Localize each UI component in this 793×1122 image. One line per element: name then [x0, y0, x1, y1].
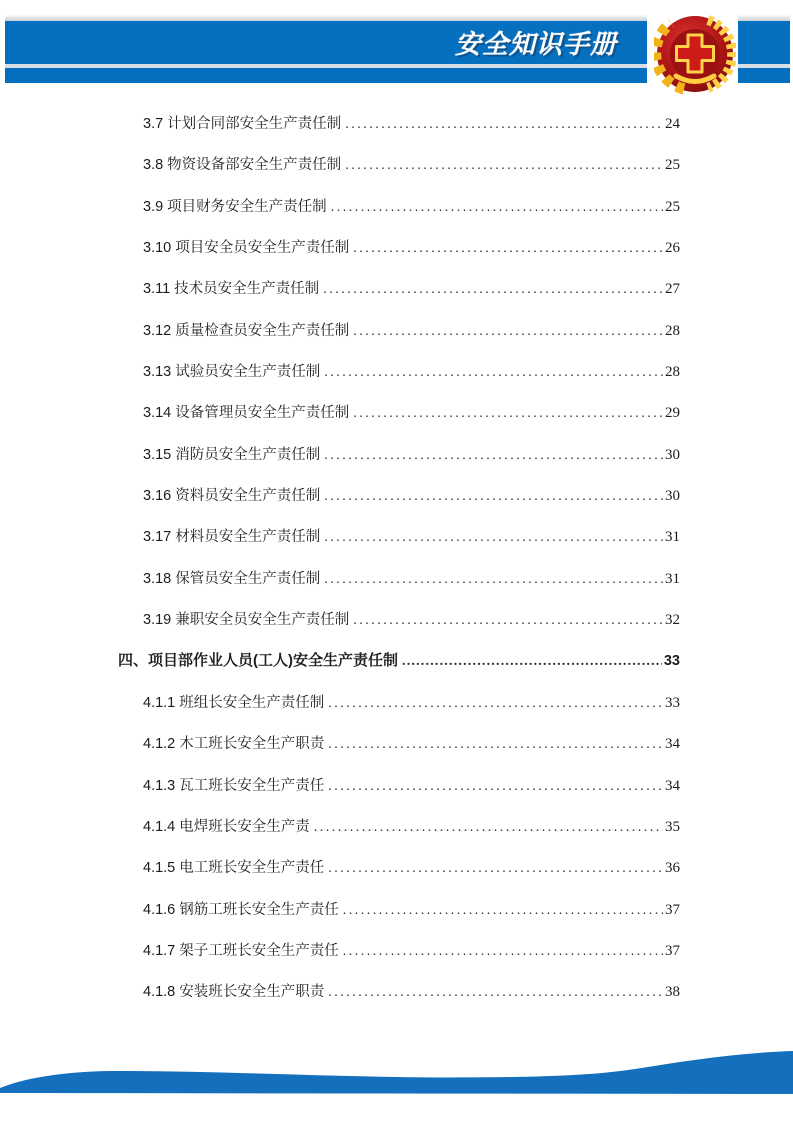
toc-page-number: 33 — [665, 695, 680, 712]
toc-entry: 3.17 材料员安全生产责任制.........................… — [118, 513, 680, 554]
toc-dot-leader: ........................................… — [324, 572, 663, 588]
toc-dot-leader: ........................................… — [353, 324, 663, 340]
toc-dot-leader: ........................................… — [353, 241, 663, 257]
toc-dot-leader: ........................................… — [353, 406, 663, 422]
toc-entry-label: 4.1.7 架子工班长安全生产责任 — [143, 939, 339, 960]
toc-page-number: 37 — [665, 902, 680, 919]
toc-page-number: 29 — [665, 405, 680, 422]
toc-entry: 3.8 物资设备部安全生产责任制........................… — [118, 141, 680, 182]
toc-dot-leader: ........................................… — [328, 861, 663, 877]
toc-page-number: 27 — [665, 281, 680, 298]
toc-entry: 4.1.5 电工班长安全生产责任........................… — [118, 844, 680, 885]
toc-page-number: 25 — [665, 199, 680, 216]
toc-entry-label: 3.17 材料员安全生产责任制 — [143, 525, 320, 546]
toc-dot-leader: ........................................… — [343, 903, 663, 919]
toc-entry-label: 3.19 兼职安全员安全生产责任制 — [143, 608, 349, 629]
toc-page-number: 36 — [665, 860, 680, 877]
toc-dot-leader: ........................................… — [324, 448, 663, 464]
toc-entry: 3.16 资料员安全生产责任制.........................… — [118, 472, 680, 513]
toc-page-number: 28 — [665, 323, 680, 340]
toc-page-number: 26 — [665, 240, 680, 257]
toc-entry-label: 3.12 质量检查员安全生产责任制 — [143, 319, 349, 340]
toc-dot-leader: ........................................… — [314, 820, 663, 836]
toc-entry-label: 3.13 试验员安全生产责任制 — [143, 360, 320, 381]
toc-entry: 3.18 保管员安全生产责任制.........................… — [118, 555, 680, 596]
toc-entry: 4.1.7 架子工班长安全生产责任.......................… — [118, 927, 680, 968]
toc-entry-label: 4.1.8 安装班长安全生产职责 — [143, 980, 324, 1001]
toc-page-number: 34 — [665, 778, 680, 795]
toc-entry-label: 3.7 计划合同部安全生产责任制 — [143, 112, 341, 133]
header-right-block — [738, 21, 790, 64]
toc-entry-label: 4.1.4 电焊班长安全生产责 — [143, 815, 310, 836]
toc-entry: 4.1.3 瓦工班长安全生产责任........................… — [118, 762, 680, 803]
toc-entry: 4.1.4 电焊班长安全生产责.........................… — [118, 803, 680, 844]
toc-entry-label: 3.16 资料员安全生产责任制 — [143, 484, 320, 505]
toc-entry-label: 4.1.3 瓦工班长安全生产责任 — [143, 774, 324, 795]
table-of-contents: 3.7 计划合同部安全生产责任制........................… — [118, 100, 680, 1010]
toc-dot-leader: ........................................… — [324, 530, 663, 546]
toc-page-number: 25 — [665, 157, 680, 174]
footer-wave — [0, 1050, 793, 1122]
header-right-thin-bar — [738, 68, 790, 83]
toc-entry: 3.19 兼职安全员安全生产责任制.......................… — [118, 596, 680, 637]
toc-page-number: 33 — [664, 653, 680, 669]
toc-dot-leader: ........................................… — [323, 282, 663, 298]
toc-dot-leader: ........................................… — [345, 117, 663, 133]
toc-entry: 3.12 质量检查员安全生产责任制.......................… — [118, 307, 680, 348]
toc-dot-leader: ........................................… — [324, 365, 663, 381]
toc-entry-label: 四、项目部作业人员(工人)安全生产责任制 — [118, 649, 398, 670]
toc-entry-label: 4.1.6 钢筋工班长安全生产责任 — [143, 898, 339, 919]
toc-dot-leader: ........................................… — [328, 696, 663, 712]
toc-entry: 3.7 计划合同部安全生产责任制........................… — [118, 100, 680, 141]
toc-entry: 3.11 技术员安全生产责任制.........................… — [118, 265, 680, 306]
toc-entry-label: 3.15 消防员安全生产责任制 — [143, 443, 320, 464]
toc-entry: 4.1.6 钢筋工班长安全生产责任.......................… — [118, 886, 680, 927]
toc-page-number: 30 — [665, 488, 680, 505]
toc-dot-leader: ........................................… — [328, 779, 663, 795]
toc-page-number: 31 — [665, 571, 680, 588]
toc-entry: 4.1.8 安装班长安全生产职责........................… — [118, 968, 680, 1009]
toc-dot-leader: ........................................… — [402, 654, 662, 670]
toc-section-heading: 四、项目部作业人员(工人)安全生产责任制....................… — [118, 637, 680, 678]
toc-entry-label: 3.11 技术员安全生产责任制 — [143, 277, 319, 298]
toc-dot-leader: ........................................… — [328, 737, 663, 753]
toc-entry: 3.10 项目安全员安全生产责任制.......................… — [118, 224, 680, 265]
toc-page-number: 31 — [665, 529, 680, 546]
document-page: 安全知识手册 3.7 计划合同部安全生产责任制.................… — [0, 0, 793, 1122]
header-thin-bar — [5, 68, 647, 83]
toc-entry-label: 3.10 项目安全员安全生产责任制 — [143, 236, 349, 257]
toc-page-number: 38 — [665, 984, 680, 1001]
toc-page-number: 34 — [665, 736, 680, 753]
toc-entry-label: 3.14 设备管理员安全生产责任制 — [143, 401, 349, 422]
safety-emblem-icon — [654, 12, 736, 96]
toc-entry: 3.14 设备管理员安全生产责任制.......................… — [118, 389, 680, 430]
toc-page-number: 32 — [665, 612, 680, 629]
toc-dot-leader: ........................................… — [343, 944, 663, 960]
toc-entry-label: 4.1.1 班组长安全生产责任制 — [143, 691, 324, 712]
toc-page-number: 37 — [665, 943, 680, 960]
toc-entry: 3.15 消防员安全生产责任制.........................… — [118, 431, 680, 472]
toc-dot-leader: ........................................… — [331, 200, 663, 216]
toc-page-number: 35 — [665, 819, 680, 836]
toc-entry-label: 3.18 保管员安全生产责任制 — [143, 567, 320, 588]
toc-page-number: 24 — [665, 116, 680, 133]
page-title: 安全知识手册 — [5, 21, 617, 64]
toc-dot-leader: ........................................… — [353, 613, 663, 629]
toc-page-number: 28 — [665, 364, 680, 381]
toc-entry-label: 4.1.2 木工班长安全生产职责 — [143, 732, 324, 753]
toc-entry: 4.1.1 班组长安全生产责任制........................… — [118, 679, 680, 720]
toc-page-number: 30 — [665, 447, 680, 464]
toc-dot-leader: ........................................… — [328, 985, 663, 1001]
toc-entry: 3.13 试验员安全生产责任制.........................… — [118, 348, 680, 389]
toc-entry: 3.9 项目财务安全生产责任制.........................… — [118, 183, 680, 224]
toc-dot-leader: ........................................… — [345, 158, 663, 174]
toc-entry-label: 3.8 物资设备部安全生产责任制 — [143, 153, 341, 174]
toc-dot-leader: ........................................… — [324, 489, 663, 505]
toc-entry-label: 3.9 项目财务安全生产责任制 — [143, 195, 327, 216]
toc-entry: 4.1.2 木工班长安全生产职责........................… — [118, 720, 680, 761]
toc-entry-label: 4.1.5 电工班长安全生产责任 — [143, 856, 324, 877]
